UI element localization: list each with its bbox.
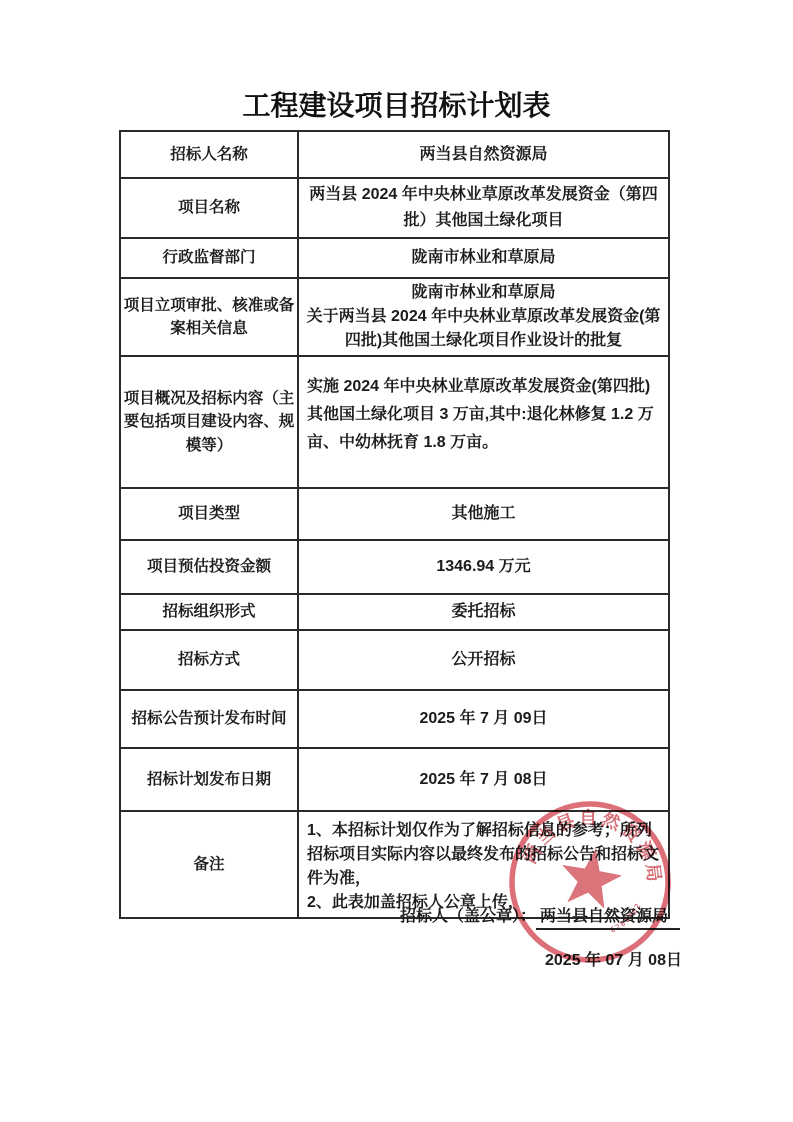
document-page: 工程建设项目招标计划表 招标人名称 两当县自然资源局 项目名称 两当县 2024… [0,0,793,1122]
row-label: 招标公告预计发布时间 [121,691,299,747]
row-value: 2025 年 7 月 09日 [299,691,668,747]
table-row: 项目名称 两当县 2024 年中央林业草原改革发展资金（第四批）其他国土绿化项目 [121,177,668,237]
row-value: 1、本招标计划仅作为了解招标信息的参考；所列招标项目实际内容以最终发布的招标公告… [299,812,668,917]
table-row: 行政监督部门 陇南市林业和草原局 [121,237,668,277]
row-value: 两当县 2024 年中央林业草原改革发展资金（第四批）其他国土绿化项目 [299,179,668,237]
row-label: 项目立项审批、核准或备案相关信息 [121,279,299,355]
signature-line: 招标人（盖公章）：两当县自然资源局 [400,903,680,930]
table-row: 招标组织形式 委托招标 [121,593,668,629]
table-row: 项目预估投资金额 1346.94 万元 [121,539,668,593]
signature-label: 招标人（盖公章）： [400,908,536,925]
row-value: 公开招标 [299,631,668,689]
row-label: 招标方式 [121,631,299,689]
row-label: 招标组织形式 [121,595,299,629]
row-label: 招标计划发布日期 [121,749,299,810]
table-row: 招标公告预计发布时间 2025 年 7 月 09日 [121,689,668,747]
row-label: 项目名称 [121,179,299,237]
row-label: 招标人名称 [121,132,299,177]
table-row: 招标方式 公开招标 [121,629,668,689]
row-value: 实施 2024 年中央林业草原改革发展资金(第四批)其他国土绿化项目 3 万亩,… [299,357,668,487]
page-title: 工程建设项目招标计划表 [0,84,793,124]
row-value: 2025 年 7 月 08日 [299,749,668,810]
row-label: 项目概况及招标内容（主要包括项目建设内容、规模等） [121,357,299,487]
row-value: 1346.94 万元 [299,541,668,593]
row-value: 委托招标 [299,595,668,629]
row-label: 行政监督部门 [121,239,299,277]
table-row: 招标人名称 两当县自然资源局 [121,132,668,177]
row-label: 备注 [121,812,299,917]
table-row: 项目立项审批、核准或备案相关信息 陇南市林业和草原局 关于两当县 2024 年中… [121,277,668,355]
row-value: 陇南市林业和草原局 关于两当县 2024 年中央林业草原改革发展资金(第四批)其… [299,279,668,355]
row-label: 项目类型 [121,489,299,539]
row-label: 项目预估投资金额 [121,541,299,593]
row-value: 其他施工 [299,489,668,539]
row-value: 陇南市林业和草原局 [299,239,668,277]
table-row: 备注 1、本招标计划仅作为了解招标信息的参考；所列招标项目实际内容以最终发布的招… [121,810,668,917]
table-row: 招标计划发布日期 2025 年 7 月 08日 [121,747,668,810]
table-row: 项目类型 其他施工 [121,487,668,539]
row-value: 两当县自然资源局 [299,132,668,177]
bidding-plan-table: 招标人名称 两当县自然资源局 项目名称 两当县 2024 年中央林业草原改革发展… [119,130,670,919]
publish-date: 2025 年 07 月 08日 [545,947,682,970]
bidder-name: 两当县自然资源局 [536,903,680,930]
table-row: 项目概况及招标内容（主要包括项目建设内容、规模等） 实施 2024 年中央林业草… [121,355,668,487]
